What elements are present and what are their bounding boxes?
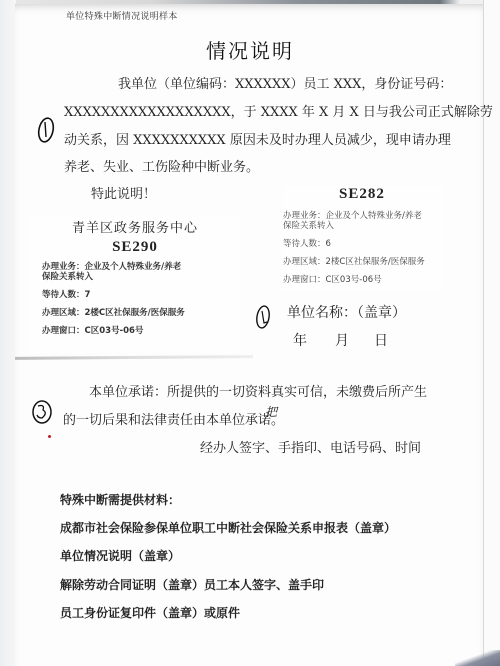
- unit-name-seal: 单位名称：（盖章）: [287, 302, 406, 322]
- handwritten-scribble: 把: [265, 403, 277, 420]
- ticket-window: 办理窗口：C区03号-06号: [283, 275, 443, 285]
- materials-item-4: 员工身份证复印件（盖章）或原件: [60, 604, 240, 621]
- photo-left-margin: [0, 0, 16, 666]
- materials-item-3: 解除劳动合同证明（盖章）员工本人签字、盖手印: [60, 576, 324, 593]
- ticket-area: 办理区域：2楼C区社保服务/医保服务: [30, 308, 240, 318]
- commitment-line-2: 的一切后果和法律责任由本单位承诺。: [63, 409, 284, 428]
- body-line-1: 我单位（单位编码：XXXXXX）员工 XXX，身份证号码：: [118, 73, 452, 92]
- header-label: 单位特殊中断情况说明样本: [66, 9, 178, 22]
- ticket-code: SE282: [283, 186, 443, 203]
- materials-item-1: 成都市社会保险参保单位职工中断社会保险关系申报表（盖章）: [60, 519, 396, 536]
- handwritten-circle-2-icon: [254, 303, 272, 331]
- body-line-3: 动关系，因 XXXXXXXXXX 原因未及时办理人员减少，现申请办理: [64, 129, 451, 148]
- date-year: 年: [293, 330, 307, 350]
- ticket-business: 办理业务：企业及个人特殊业务/养老 保险关系转入: [283, 211, 443, 231]
- photo-corner-shadow: [455, 650, 500, 666]
- queue-ticket-se290: 青羊区政务服务中心 SE290 办理业务：企业及个人特殊业务/养老 保险关系转入…: [30, 217, 240, 353]
- body-line-4: 养老、失业、工伤险种中断业务。: [64, 156, 259, 175]
- ticket-business: 办理业务：企业及个人特殊业务/养老 保险关系转入: [30, 262, 240, 282]
- materials-heading: 特殊中断需提供材料：: [60, 491, 180, 508]
- materials-item-2: 单位情况说明（盖章）: [60, 547, 180, 564]
- handwritten-circle-1-icon: [36, 115, 58, 145]
- commitment-line-1: 本单位承诺：所提供的一切资料真实可信，未缴费后所产生: [89, 381, 427, 400]
- commitment-signoff: 经办人签字、手指印、电话号码、时间: [200, 437, 421, 456]
- handwritten-circle-3-icon: [30, 398, 54, 426]
- body-line-2: XXXXXXXXXXXXXXXXXX，于 XXXX 年 X 月 X 日与我公司正…: [64, 101, 493, 120]
- red-ink-dot: [48, 435, 51, 438]
- document-title: 情况说明: [0, 35, 500, 64]
- closing-text: 特此说明！: [91, 183, 156, 202]
- ticket-waiting: 等待人数：7: [30, 290, 240, 300]
- ticket-waiting: 等待人数：6: [283, 239, 443, 249]
- ticket-window: 办理窗口：C区03号-06号: [30, 326, 240, 336]
- ticket-area: 办理区域：2楼C区社保服务/医保服务: [283, 257, 443, 267]
- page-right-edge: [483, 0, 500, 666]
- ticket-code: SE290: [30, 239, 240, 256]
- date-day: 日: [374, 330, 388, 350]
- date-month: 月: [335, 330, 349, 350]
- ticket-center-name: 青羊区政务服务中心: [30, 217, 240, 236]
- queue-ticket-se282: SE282 办理业务：企业及个人特殊业务/养老 保险关系转入 等待人数：6 办理…: [283, 186, 443, 292]
